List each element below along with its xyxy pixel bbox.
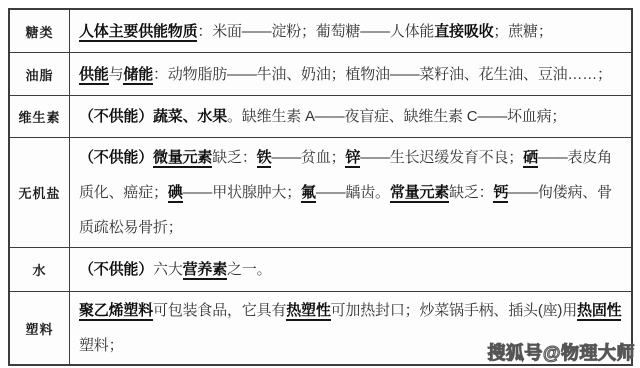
text-segment: 氟 [301,184,316,203]
text-segment: ——佝偻病、骨 [508,184,612,201]
row-header-water: 水 [10,248,70,291]
row-header-vitamins: 维生素 [10,96,70,137]
text-segment: 质化、癌症； [79,184,168,201]
table-row-vitamins: 维生素 （不供能）蔬菜、水果。缺维生素 A——夜盲症、缺维生素 C——坏血病； [10,95,631,137]
nutrition-table: 糖类 人体主要供能物质：米面——淀粉；葡萄糖——人体能直接吸收；蔗糖； 油脂 供… [8,8,633,366]
text-segment: 热塑性 [286,302,330,321]
text-segment: 钙 [493,184,508,203]
text-segment: （不供能） [79,149,153,166]
table-row-carbohydrates: 糖类 人体主要供能物质：米面——淀粉；葡萄糖——人体能直接吸收；蔗糖； [10,10,631,52]
row-content-carbohydrates: 人体主要供能物质：米面——淀粉；葡萄糖——人体能直接吸收；蔗糖； [70,10,631,52]
text-segment: ——表皮角 [538,149,612,166]
row-content-fats: 供能与储能：动物脂肪——牛油、奶油；植物油——菜籽油、花生油、豆油……； [70,53,631,95]
text-segment: 营养素 [183,261,227,280]
text-segment: 缺乏： [212,149,256,166]
text-segment: ——龋齿。 [316,184,390,201]
row-header-fats: 油脂 [10,53,70,95]
text-segment: 塑料； [79,337,123,354]
text-segment: 热固性 [577,302,621,321]
table-row-water: 水 （不供能）六大营养素之一。 [10,247,631,291]
text-segment: ——生长迟缓发育不良； [360,149,523,166]
text-segment: 质疏松易骨折； [79,219,183,236]
row-content-vitamins: （不供能）蔬菜、水果。缺维生素 A——夜盲症、缺维生素 C——坏血病； [70,96,631,137]
row-header-minerals: 无机盐 [10,138,70,247]
row-content-minerals: （不供能）微量元素缺乏：铁——贫血；锌——生长迟缓发育不良；硒——表皮角质化、癌… [70,138,631,247]
text-segment: 之一。 [227,261,271,278]
sohu-watermark: 搜狐号@物理大师 [487,339,635,365]
text-segment: 硒 [523,149,538,168]
text-segment: 常量元素 [390,184,449,203]
text-segment: 六大 [153,261,183,278]
text-segment: 供能 [79,66,109,85]
text-segment: 锌 [345,149,360,168]
row-header-carbohydrates: 糖类 [10,10,70,52]
text-segment: ：动物脂肪——牛油、奶油；植物油——菜籽油、花生油、豆油……； [153,66,612,83]
row-header-plastics: 塑料 [10,292,70,364]
text-segment: 。缺维生素 A——夜盲症、缺维生素 C——坏血病； [227,108,566,125]
text-segment: 碘 [168,184,183,203]
text-segment: 可包装食品，它具有 [153,302,286,319]
text-segment: ——贫血； [271,149,345,166]
text-segment: 聚乙烯塑料 [79,302,153,321]
text-segment: （不供能） [79,261,153,278]
text-segment: ——甲状腺肿大； [183,184,301,201]
text-segment: 人体主要供能物质 [79,23,197,42]
text-segment: 缺乏： [449,184,493,201]
text-segment: 与 [109,66,124,83]
text-segment: 可加热封口；炒菜锅手柄、插头(座)用 [331,302,577,319]
text-segment: 储能 [123,66,153,85]
row-content-water: （不供能）六大营养素之一。 [70,248,631,291]
text-segment: （不供能）蔬菜、水果 [79,108,227,125]
text-segment: 直接吸收 [434,23,493,40]
text-segment: ：米面——淀粉；葡萄糖——人体能 [197,23,434,40]
table-row-minerals: 无机盐 （不供能）微量元素缺乏：铁——贫血；锌——生长迟缓发育不良；硒——表皮角… [10,137,631,247]
table-row-fats: 油脂 供能与储能：动物脂肪——牛油、奶油；植物油——菜籽油、花生油、豆油……； [10,52,631,95]
text-segment: 微量元素 [153,149,212,168]
text-segment: 铁 [257,149,272,168]
text-segment: ；蔗糖； [493,23,552,40]
